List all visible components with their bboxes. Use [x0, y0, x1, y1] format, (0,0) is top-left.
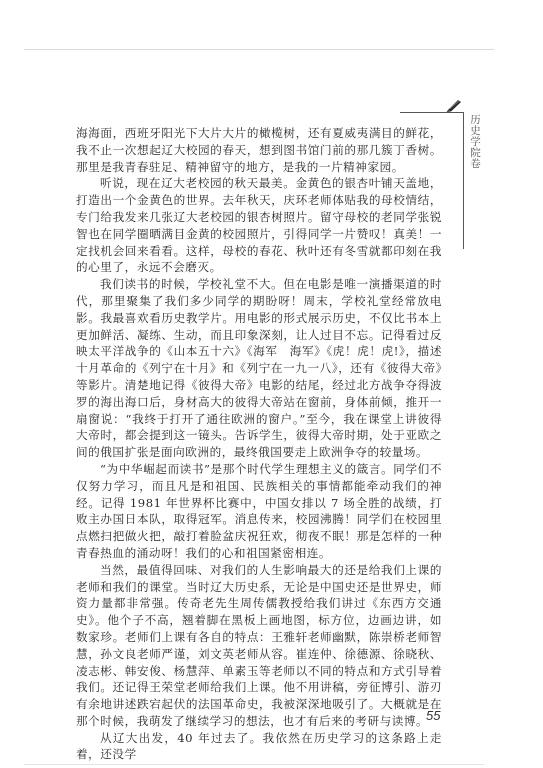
page-number: 55: [426, 708, 440, 723]
paragraph-4: “为中华崛起而读书”是那个时代学生理想主义的箴言。同学们不仅努力学习，而且凡是和…: [76, 461, 442, 562]
paragraph-5: 当然，最值得回味、对我们的人生影响最大的还是给我们上课的老师和我们的课堂。当时辽…: [76, 562, 442, 730]
top-page-edge-rule: [24, 49, 494, 50]
section-side-label: 历史学院卷: [469, 114, 481, 169]
pen-icon: [446, 98, 462, 112]
header-horizontal-rule: [400, 112, 464, 113]
bottom-page-edge-rule: [24, 764, 484, 765]
article-body: 海海面，西班牙阳光下大片大片的橄榄树，还有夏威夷满目的鲜花，我不止一次想起辽大校…: [76, 125, 442, 763]
header-vertical-rule: [463, 112, 464, 249]
paragraph-2: 听说，现在辽大老校园的秋天最美。金黄色的银杏叶铺天盖地，打造出一个金黄色的世界。…: [76, 175, 442, 276]
paragraph-1: 海海面，西班牙阳光下大片大片的橄榄树，还有夏威夷满目的鲜花，我不止一次想起辽大校…: [76, 125, 442, 175]
paragraph-6: 从辽大出发，40 年过去了。我依然在历史学习的这条路上走着，还没学: [76, 730, 442, 764]
paragraph-3: 我们读书的时候，学校礼堂不大。但在电影是唯一演播渠道的时代，那里聚集了我们多少同…: [76, 276, 442, 461]
